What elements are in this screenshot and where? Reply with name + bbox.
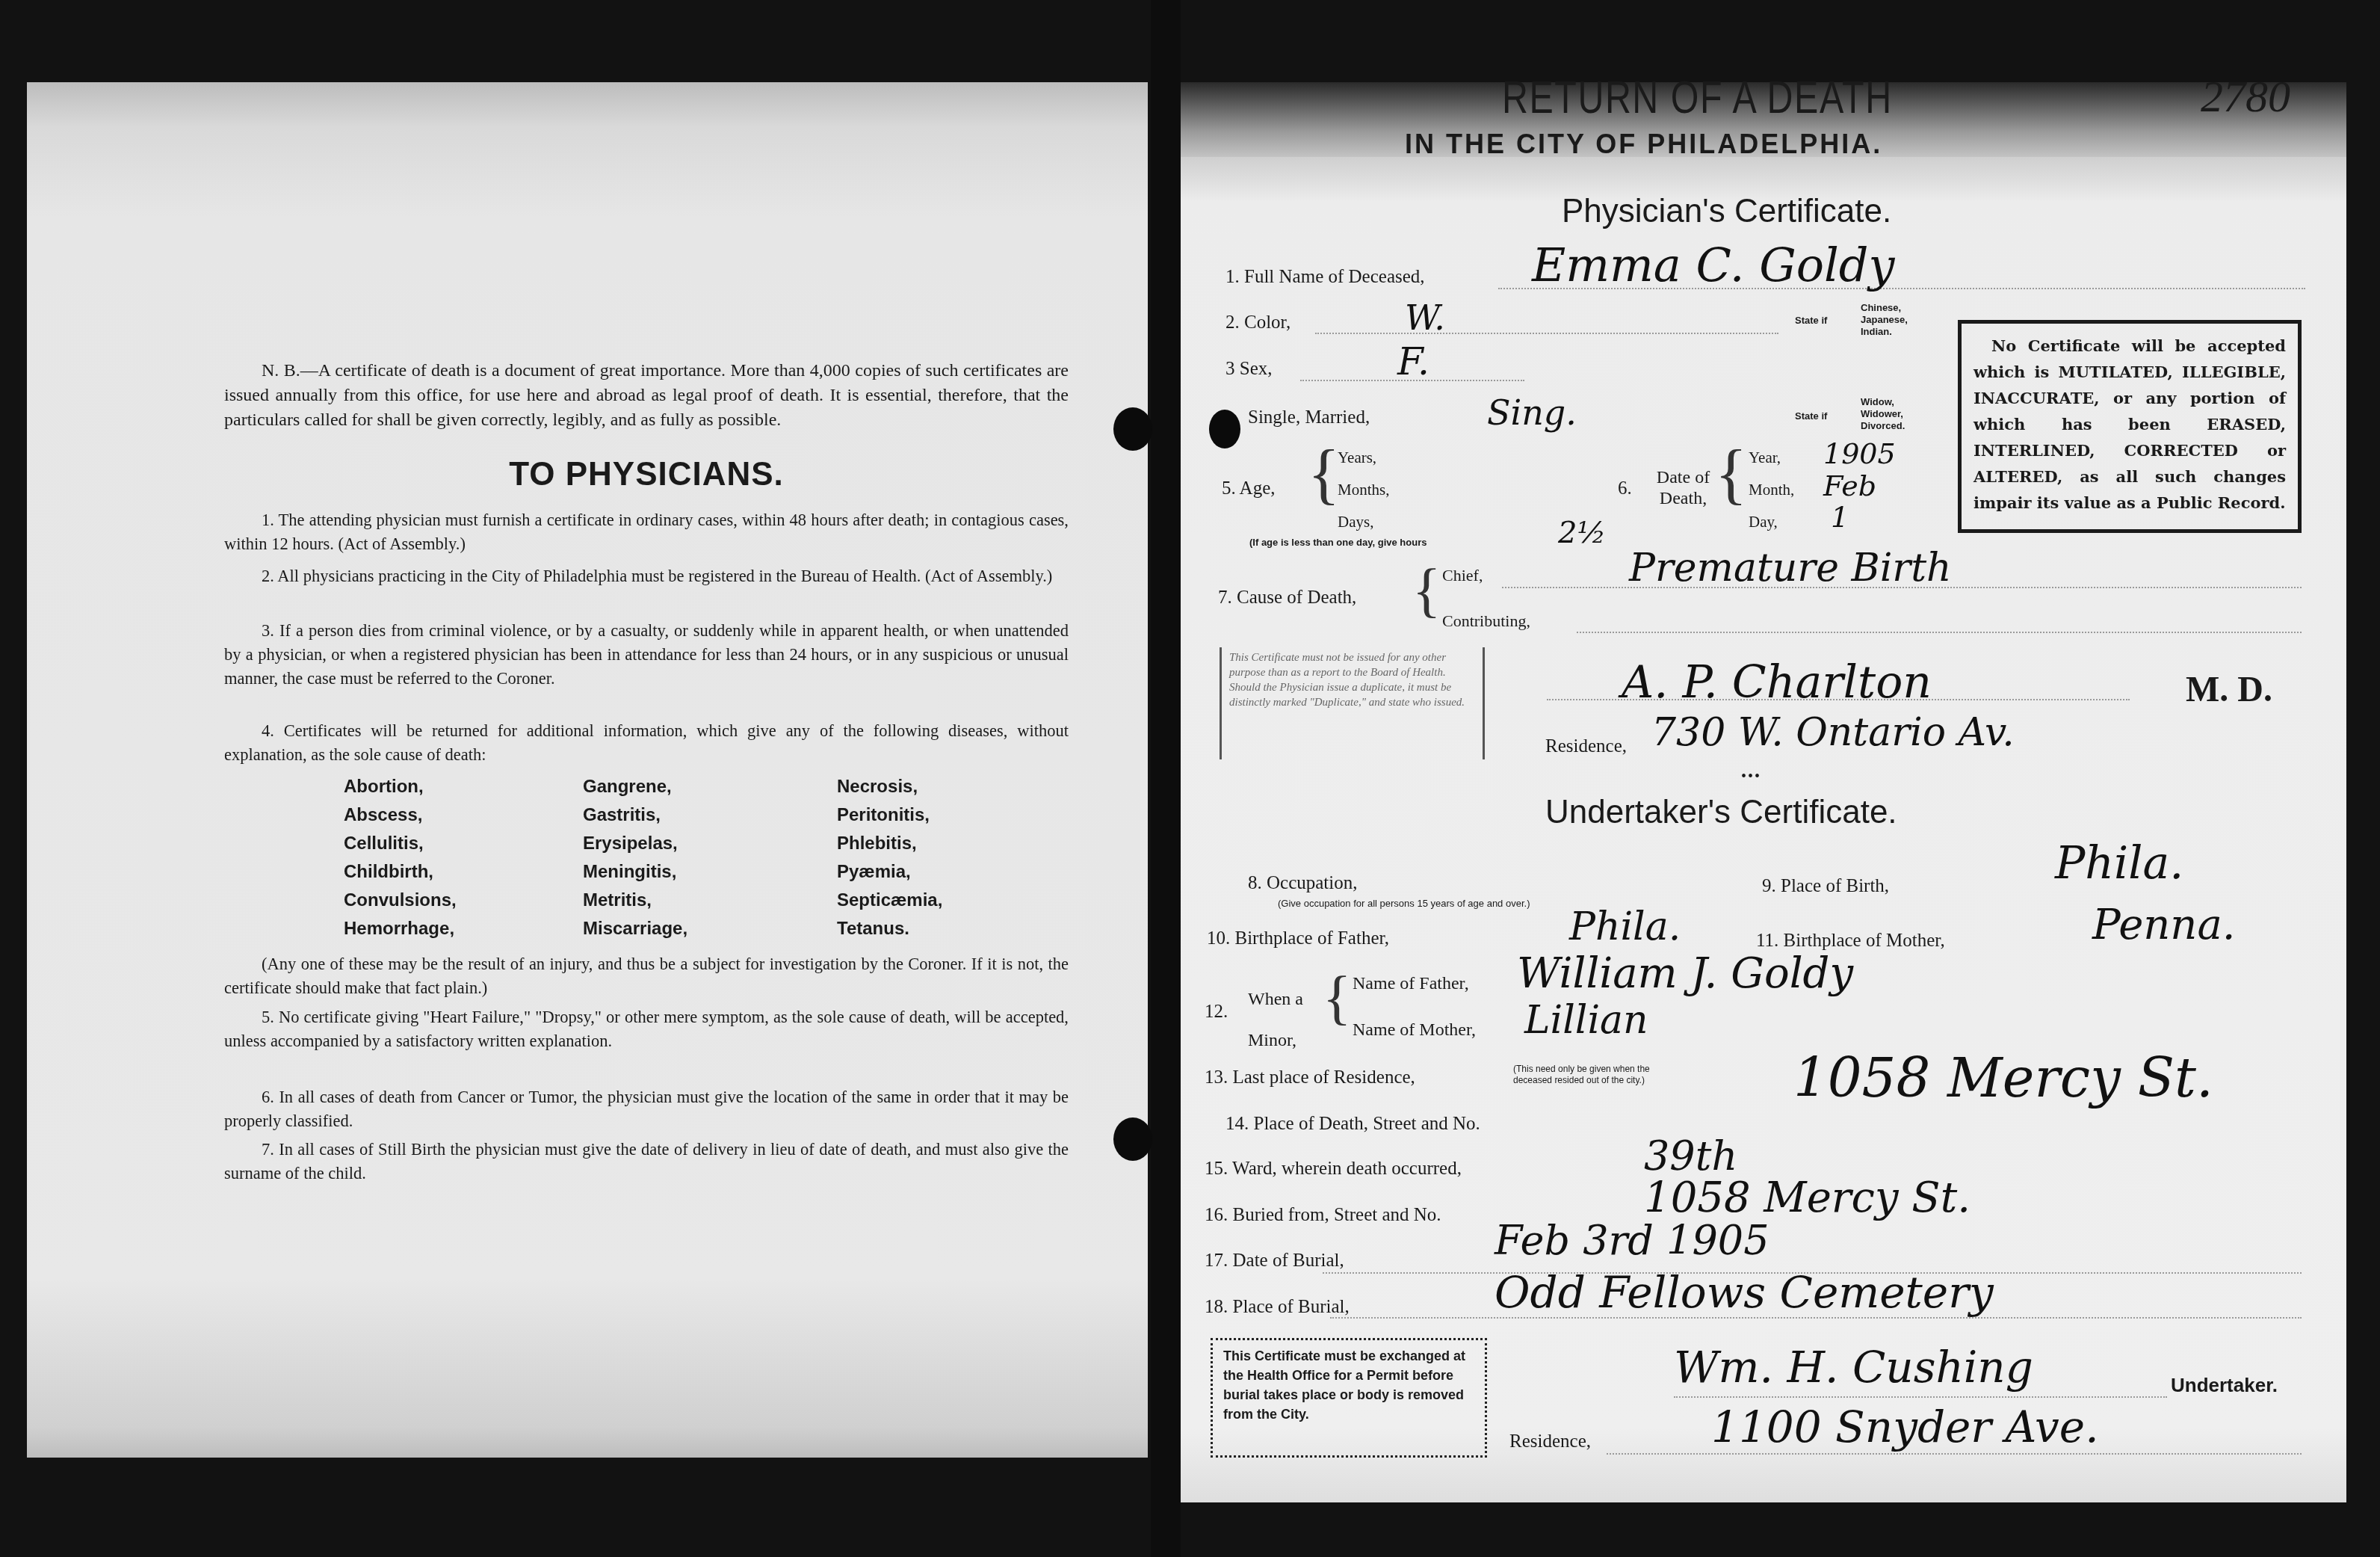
death-day-label: Day, [1749,513,1778,531]
disease: Abscess, [344,802,583,829]
place-of-burial-label: 18. Place of Burial, [1205,1297,1350,1318]
sex-label: 3 Sex, [1225,359,1273,380]
age-hours-note: (If age is less than one day, give hours [1249,536,1427,549]
mother-name-value: Lillian [1524,998,1648,1043]
certificate-number: 2780 [2201,71,2290,123]
color-label: 2. Color, [1225,312,1291,333]
age-hours-value: 2½ [1558,516,1606,550]
father-birthplace-value: Phila. [1569,904,1681,949]
marital-state-options: Widow, Widower, Divorced. [1861,396,1913,432]
age-months-label: Months, [1338,481,1389,499]
brace-icon: { [1412,557,1441,624]
disease: Gangrene, [583,774,837,801]
disease: Meningitis, [583,859,837,886]
father-name-value: William J. Goldy [1517,949,1853,998]
page-gutter [1151,0,1181,1557]
mother-name-label: Name of Mother, [1353,1020,1476,1040]
disease: Abortion, [344,774,583,801]
physician-certificate-heading: Physician's Certificate. [1562,193,1891,230]
brace-icon: { [1308,441,1340,508]
disease: Necrosis, [837,774,1016,801]
mother-birthplace-label: 11. Birthplace of Mother, [1756,931,1945,952]
disease: Septicæmia, [837,887,1016,914]
mother-birthplace-value: Penna. [2092,901,2236,949]
punch-hole [1113,1117,1152,1161]
rule-4: 4. Certificates will be returned for add… [224,719,1069,767]
undertaker-suffix: Undertaker. [2171,1374,2278,1397]
date-of-death-label: Date of Death, [1651,467,1715,509]
death-year-label: Year, [1749,448,1781,467]
left-page-instructions [27,82,1148,1458]
disease: Erysipelas, [583,830,837,857]
warning-box: No Certificate will be accepted which is… [1958,320,2302,533]
color-state-if: State if [1795,314,1827,327]
place-of-death-value: 1058 Mercy St. [1793,1046,2213,1109]
disease: Gastritis, [583,802,837,829]
punch-hole [1113,407,1152,451]
death-day-value: 1 [1831,501,1849,534]
document-subtitle: IN THE CITY OF PHILADELPHIA. [1405,129,1882,160]
buried-from-label: 16. Buried from, Street and No. [1205,1205,1441,1226]
undertaker-certificate-heading: Undertaker's Certificate. [1545,794,1897,831]
md-suffix: M. D. [2186,669,2272,710]
physician-signature: A. P. Charlton [1622,656,1932,709]
undertaker-signature: Wm. H. Cushing [1674,1342,2033,1393]
cause-chief-label: Chief, [1442,566,1483,585]
buried-from-value: 1058 Mercy St. [1644,1174,1971,1222]
occupation-label: 8. Occupation, [1248,873,1357,894]
disease: Phlebitis, [837,830,1016,857]
date-of-death-number: 6. [1618,478,1632,499]
rule-6: 6. In all cases of death from Cancer or … [224,1085,1069,1133]
disease-list: Abortion, Gangrene, Necrosis, Abscess, G… [344,774,1016,943]
minor-number: 12. [1205,1002,1228,1023]
father-name-label: Name of Father, [1353,974,1469,994]
rule-injury-note: (Any one of these may be the result of a… [224,952,1069,1000]
physician-residence-value: 730 W. Ontario Av. [1651,710,2015,755]
brace-icon: { [1715,441,1747,508]
ornament-dots: ••• [1741,768,1761,786]
date-of-burial-label: 17. Date of Burial, [1205,1251,1344,1271]
disease: Convulsions, [344,887,583,914]
marital-state-if: State if [1795,410,1827,423]
rule-3: 3. If a person dies from criminal violen… [224,619,1069,691]
age-days-label: Days, [1338,513,1373,531]
disease: Hemorrhage, [344,916,583,943]
full-name-label: 1. Full Name of Deceased, [1225,267,1425,288]
color-state-options: Chinese, Japanese, Indian. [1861,302,1913,338]
occupation-note: (Give occupation for all persons 15 year… [1278,897,1530,910]
place-of-burial-value: Odd Fellows Cemetery [1495,1267,1994,1318]
sex-value: F. [1397,340,1429,383]
disease: Metritis, [583,887,837,914]
ward-label: 15. Ward, wherein death occurred, [1205,1159,1462,1180]
ward-value: 39th [1644,1132,1737,1180]
disease: Miscarriage, [583,916,837,943]
full-name-value: Emma C. Goldy [1532,238,1895,292]
last-residence-label: 13. Last place of Residence, [1205,1067,1415,1088]
marital-status-label: Single, Married, [1248,407,1370,428]
disease: Childbirth, [344,859,583,886]
cause-contributing-label: Contributing, [1442,611,1530,631]
rule-5: 5. No certificate giving "Heart Failure,… [224,1005,1069,1053]
undertaker-residence-label: Residence, [1509,1431,1591,1452]
rule-1: 1. The attending physician must furnish … [224,508,1069,556]
rule-7: 7. In all cases of Still Birth the physi… [224,1138,1069,1186]
rule-2: 2. All physicians practicing in the City… [224,564,1069,588]
punch-hole [1209,410,1240,448]
death-month-label: Month, [1749,481,1794,499]
nb-note: N. B.—A certificate of death is a docume… [224,359,1069,433]
document-title: RETURN OF A DEATH [1502,71,1893,124]
age-label: 5. Age, [1222,478,1276,499]
age-years-label: Years, [1338,448,1376,467]
death-year-value: 1905 [1823,437,1896,470]
to-physicians-heading: TO PHYSICIANS. [224,456,1069,493]
cause-of-death-label: 7. Cause of Death, [1218,588,1356,608]
color-value: W. [1405,297,1445,338]
place-of-birth-value: Phila. [2055,837,2183,890]
undertaker-residence-value: 1100 Snyder Ave. [1711,1402,2099,1452]
disease: Tetanus. [837,916,1016,943]
disease: Peritonitis, [837,802,1016,829]
last-residence-note: (This need only be given when the deceas… [1513,1064,1670,1086]
cause-chief-value: Premature Birth [1629,546,1952,591]
death-month-value: Feb [1823,469,1876,502]
date-of-burial-value: Feb 3rd 1905 [1495,1217,1769,1264]
place-of-birth-label: 9. Place of Birth, [1762,876,1889,897]
physician-residence-label: Residence, [1545,736,1627,757]
brace-icon: { [1323,964,1351,1032]
disease: Pyæmia, [837,859,1016,886]
disease: Cellulitis, [344,830,583,857]
father-birthplace-label: 10. Birthplace of Father, [1207,928,1389,949]
marital-status-value: Sing. [1487,392,1577,433]
place-of-death-label: 14. Place of Death, Street and No. [1225,1114,1480,1135]
permit-note-box: This Certificate must be exchanged at th… [1211,1338,1487,1458]
duplicate-note-box: This Certificate must not be issued for … [1220,647,1485,759]
when-minor-label: When a Minor, [1248,979,1323,1061]
